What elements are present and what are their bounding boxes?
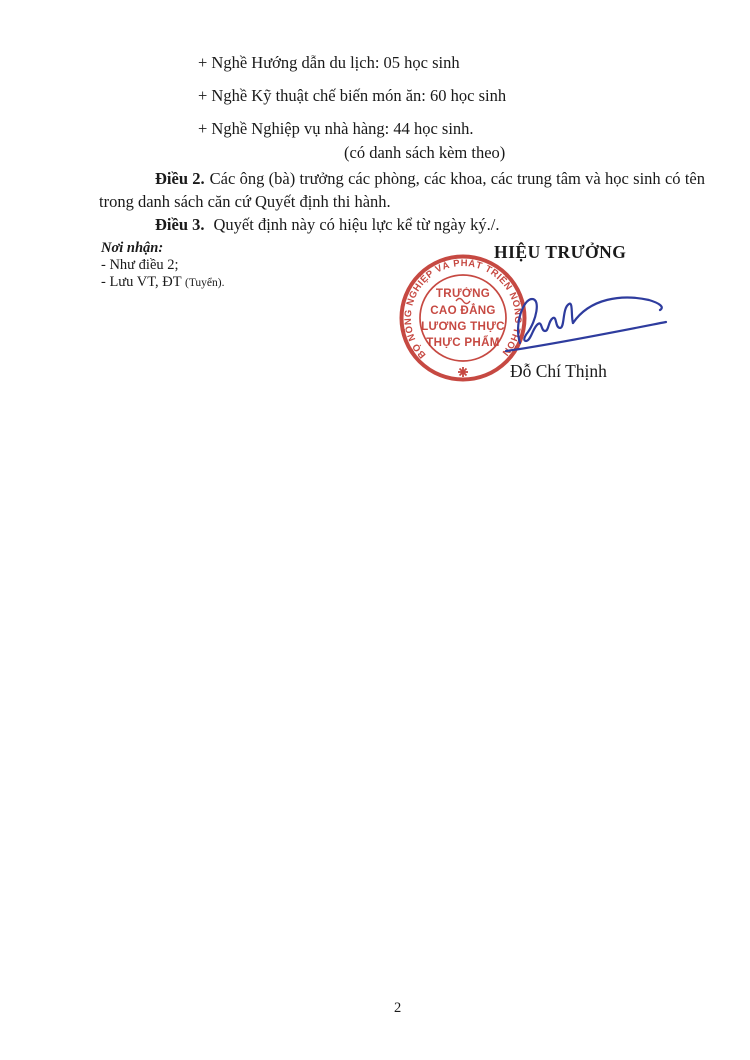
list-item: + Nghề Nghiệp vụ nhà hàng: 44 học sinh.	[198, 112, 506, 145]
stamp-center-line: THỰC PHẨM	[426, 336, 500, 349]
article-2-label: Điều 2.	[155, 169, 205, 188]
attachment-note: (có danh sách kèm theo)	[344, 143, 505, 163]
article-2-paragraph: Điều 2.Các ông (bà) trưởng các phòng, cá…	[99, 168, 705, 213]
document-page: + Nghề Hướng dẫn du lịch: 05 học sinh + …	[0, 0, 750, 1060]
article-3-text: Quyết định này có hiệu lực kể từ ngày ký…	[214, 215, 500, 234]
recipients-item: - Lưu VT, ĐT (Tuyển).	[101, 274, 225, 292]
signature-stroke	[518, 299, 573, 343]
stamp-center-line: CAO ĐẲNG	[430, 304, 496, 317]
recipients-block: Nơi nhận: - Như điều 2; - Lưu VT, ĐT (Tu…	[101, 240, 225, 292]
recipients-item: - Như điều 2;	[101, 257, 225, 274]
list-item: + Nghề Kỹ thuật chế biến món ăn: 60 học …	[198, 79, 506, 112]
signature-stroke	[573, 298, 662, 323]
page-number: 2	[394, 1000, 401, 1017]
recipients-heading: Nơi nhận:	[101, 240, 225, 257]
recipients-item-note: (Tuyển).	[185, 277, 225, 289]
stamp-center-line: LƯƠNG THỰC	[421, 320, 505, 333]
student-count-list: + Nghề Hướng dẫn du lịch: 05 học sinh + …	[198, 46, 506, 145]
signer-name: Đỗ Chí Thịnh	[510, 361, 607, 382]
article-3-paragraph: Điều 3.Quyết định này có hiệu lực kể từ …	[99, 214, 705, 237]
list-item: + Nghề Hướng dẫn du lịch: 05 học sinh	[198, 46, 506, 79]
star-icon	[458, 367, 468, 377]
signature	[498, 281, 673, 359]
stamp-center-line: TRƯỜNG	[436, 287, 490, 300]
recipients-item-text: - Lưu VT, ĐT	[101, 274, 181, 290]
article-3-label: Điều 3.	[155, 215, 205, 234]
